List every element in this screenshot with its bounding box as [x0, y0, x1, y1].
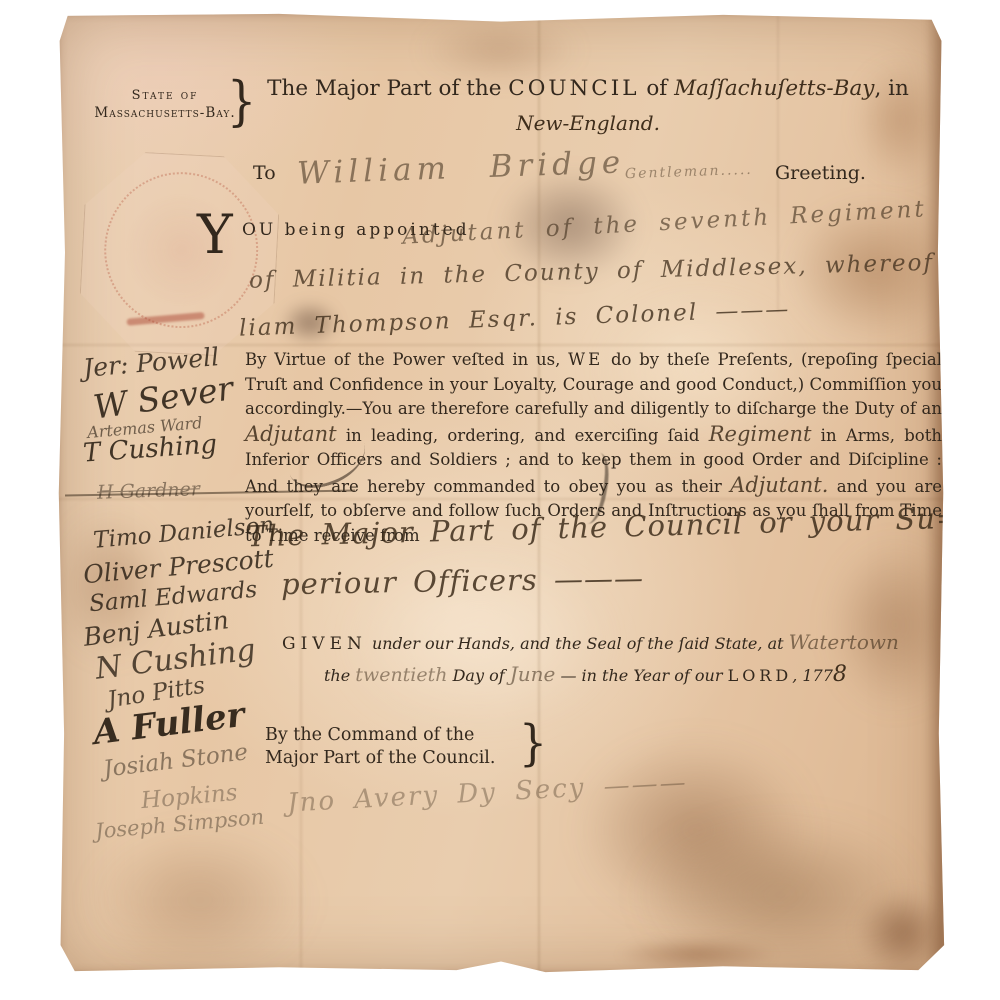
title-line2: New-England. — [257, 111, 919, 135]
title-of: of — [640, 76, 675, 101]
given-p2b: Day of — [448, 666, 510, 685]
given-day: twentieth — [355, 664, 447, 686]
title-line1: The Major Part of the COUNCIL of Maſſach… — [257, 76, 919, 101]
stain — [857, 890, 947, 975]
state-label: State of Massachusetts-Bay. — [85, 88, 245, 121]
salutation-to: To — [253, 162, 276, 184]
body-p1: By Virtue of the Power veſted in us, — [245, 350, 568, 369]
given-p2c: — in the Year of our — [555, 666, 727, 685]
given-p2d: , 177 — [792, 666, 833, 685]
title-colony: Maſſachuſetts-Bay — [674, 76, 874, 101]
appointment-line3: liam Thompson Esqr. is Colonel ——— — [239, 296, 791, 341]
given-lord: LORD — [728, 666, 793, 685]
given-line2: the twentieth Day of June — in the Year … — [324, 662, 952, 687]
brace-glyph: } — [227, 70, 256, 132]
given-place: Watertown — [789, 630, 899, 654]
stain — [640, 820, 920, 970]
stain — [90, 830, 310, 970]
command-line2: Major Part of the Council. — [265, 747, 495, 770]
recipient-name: William Bridge — [296, 144, 625, 191]
state-label-line2: Massachusetts-Bay. — [85, 105, 245, 121]
appointment-line1: Adjutant of the seventh Regiment — [402, 196, 928, 249]
given-month: June — [510, 662, 556, 686]
title-in: , in — [874, 76, 908, 101]
given-line1: GIVEN under our Hands, and the Seal of t… — [282, 630, 952, 654]
title-pre: The Major Part of the — [267, 76, 508, 101]
command-brace-glyph: } — [519, 715, 547, 771]
recipient-rank: Gentleman..... — [625, 162, 753, 182]
given-p1: under our Hands, and the Seal of the ſai… — [367, 634, 789, 653]
given-year-digit: 8 — [833, 662, 847, 687]
command-line1: By the Command of the — [265, 724, 495, 747]
stain — [617, 937, 777, 972]
photo-backdrop: { "colors": { "backdrop": "#ffffff", "pa… — [0, 0, 1000, 1000]
secretary-signature: Jno Avery Dy Secy ——— — [286, 768, 688, 819]
given-block: GIVEN under our Hands, and the Seal of t… — [282, 630, 952, 687]
council-script-line2: periour Officers ——— — [281, 561, 645, 601]
seal-ring-icon — [100, 168, 262, 332]
state-label-line1: State of — [85, 88, 245, 103]
body-p2: in leading, ordering, and exerciſing ſai… — [337, 426, 709, 445]
appointment-line2: of Militia in the County of Middlesex, w… — [249, 248, 996, 294]
salutation-greeting: Greeting. — [775, 162, 866, 184]
document-title: The Major Part of the COUNCIL of Maſſach… — [257, 76, 919, 135]
given-word: GIVEN — [282, 634, 367, 654]
body-word-regiment: Regiment — [709, 422, 812, 446]
body-word-adjutant2: Adjutant. — [730, 473, 828, 497]
stain — [420, 20, 580, 80]
title-council: COUNCIL — [508, 76, 639, 101]
body-we: WE — [568, 350, 603, 369]
command-block: By the Command of the Major Part of the … — [265, 724, 495, 770]
document-paper: State of Massachusetts-Bay. } The Major … — [57, 12, 945, 974]
councilor-signature: H Gardner — [97, 478, 201, 504]
stain — [580, 740, 810, 920]
dropcap-y: Y — [197, 208, 233, 262]
given-p2a: the — [324, 666, 355, 685]
